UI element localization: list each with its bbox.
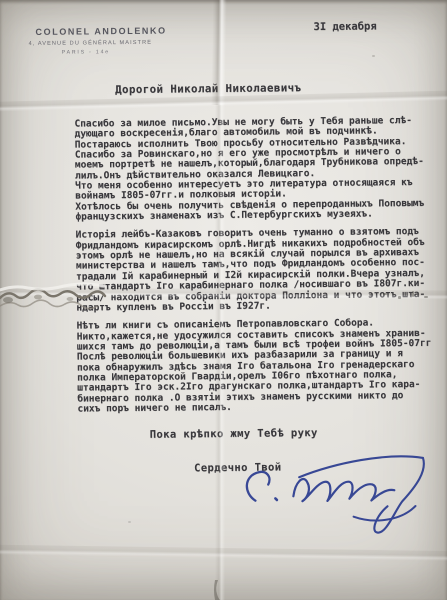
letter-date: 3I декабря [313,20,376,33]
signature-ink [235,445,441,547]
paper-speck [412,291,414,297]
letter-photo: COLONEL ANDOLENKO 4, AVENUE DU GÉNÉRAL M… [0,0,447,600]
bottom-fold-nick [210,580,226,600]
letter-body: Спасибо за милое письмо.Увы не могу быть… [74,116,437,423]
letter-paragraph: Исторія лейбъ-Казаковъ говоритъ очень ту… [76,227,437,314]
paper-speck [398,296,401,299]
letterhead: COLONEL ANDOLENKO 4, AVENUE DU GÉNÉRAL M… [35,26,166,56]
letter-paragraph: Нѣтъ ли книги съ описаніемъ Петропавловс… [77,318,438,415]
signature-strokes [247,456,425,534]
left-edge-tear [0,280,120,322]
paper-speck [424,296,428,298]
vertical-fold-crease-top [211,0,227,105]
paper-speck [372,55,375,57]
letter-paragraph: Спасибо за милое письмо.Увы не могу быть… [74,116,435,223]
paper-speck [383,293,387,295]
letterhead-address: 4, AVENUE DU GÉNÉRAL MAISTRE [29,40,167,47]
paper-speck [128,521,131,523]
letterhead-name: COLONEL ANDOLENKO [35,26,166,37]
closing-handshake-line: Пока крѣпко жму Тебѣ руку [150,427,318,441]
letter-salutation: Дорогой Николай Николаевичъ [115,81,301,96]
letterhead-city: PARIS - 14e [62,49,167,56]
